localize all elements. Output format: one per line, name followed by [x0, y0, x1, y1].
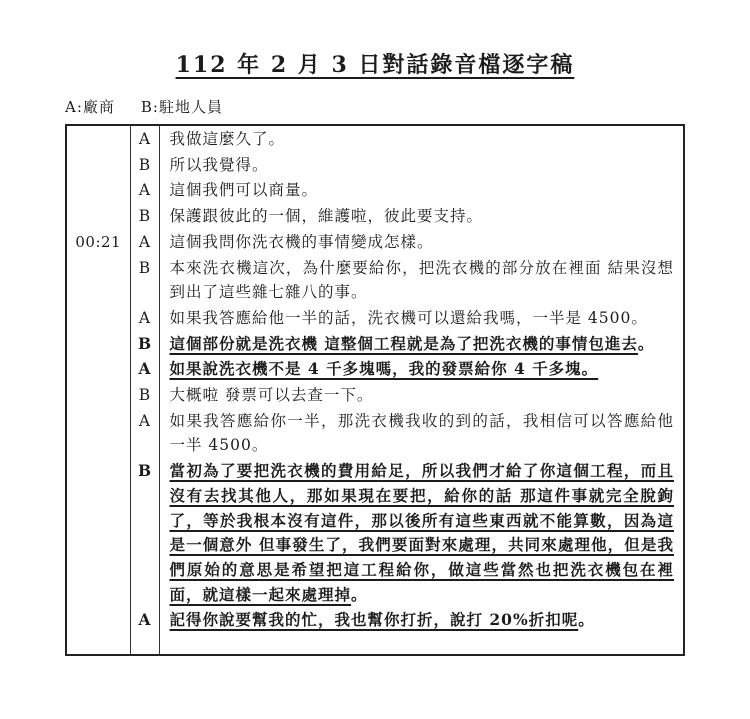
speaker-cell: A: [130, 356, 159, 382]
timestamp-cell: [66, 125, 130, 152]
table-row: B 當初為了要把洗衣機的費用給足，所以我們才給了你這個工程，而且沒有去找其他人，…: [66, 458, 684, 607]
speaker-cell: A: [130, 408, 159, 458]
table-row: A 如果我答應給你一半，那洗衣機我收的到的話，我相信可以答應給他一半 4500。: [66, 408, 684, 458]
speaker-cell: B: [130, 382, 159, 408]
table-row: A 我做這麼久了。: [66, 125, 684, 152]
dialogue-cell: 我做這麼久了。: [159, 125, 684, 152]
timestamp-cell: [66, 331, 130, 357]
timestamp: 00:21: [75, 233, 121, 251]
speaker-label: B: [139, 207, 150, 225]
table-row: A 這個我們可以商量。: [66, 177, 684, 203]
speaker-cell: A: [130, 177, 159, 203]
speaker-label: A: [138, 610, 150, 629]
speaker-cell: A: [130, 229, 159, 255]
dialogue-tail: 。: [578, 610, 595, 629]
speaker-label: B: [139, 156, 150, 174]
speaker-label: A: [139, 412, 150, 430]
speaker-cell: B: [130, 203, 159, 229]
table-row: A 如果說洗衣機不是 4 千多塊嗎，我的發票給你 4 千多塊。: [66, 356, 684, 382]
speaker-label: A: [138, 359, 150, 378]
dialogue-tail: 。: [351, 585, 368, 604]
table-bottom-spacer: [66, 633, 684, 655]
timestamp-cell: [66, 458, 130, 607]
dialogue-cell: 如果說洗衣機不是 4 千多塊嗎，我的發票給你 4 千多塊。: [159, 356, 684, 382]
table-row: 00:21 A 這個我問你洗衣機的事情變成怎樣。: [66, 229, 684, 255]
dialogue-tail: 。: [638, 334, 655, 353]
dialogue-cell: 本來洗衣機這次，為什麼要給你，把洗衣機的部分放在裡面 結果沒想到出了這些雜七雜八…: [159, 255, 684, 305]
dialogue-cell: 大概啦 發票可以去查一下。: [159, 382, 684, 408]
dialogue-cell: 保護跟彼此的一個，維護啦，彼此要支持。: [159, 203, 684, 229]
dialogue-text: 如果說洗衣機不是 4 千多塊嗎，我的發票給你 4 千多塊。: [170, 359, 599, 378]
speaker-label: B: [138, 461, 151, 480]
speaker-legend: A:廠商B:駐地人員: [65, 96, 685, 117]
speaker-cell: B: [130, 331, 159, 357]
document-page: 112 年 2 月 3 日對話錄音檔逐字稿 A:廠商B:駐地人員 A 我做這麼久…: [0, 0, 750, 719]
transcript-table: A 我做這麼久了。 B 所以我覺得。 A 這個我們可以商量。: [65, 124, 685, 656]
page-title: 112 年 2 月 3 日對話錄音檔逐字稿: [0, 0, 750, 79]
legend-speaker-a: A:廠商: [65, 98, 115, 116]
table-row: B 保護跟彼此的一個，維護啦，彼此要支持。: [66, 203, 684, 229]
speaker-label: B: [138, 334, 151, 353]
table-row: A 記得你說要幫我的忙，我也幫你打折，說打 20%折扣呢。: [66, 607, 684, 633]
dialogue-text: 如果我答應給他一半的話，洗衣機可以還給我嗎，一半是 4500。: [170, 309, 648, 327]
speaker-cell: B: [130, 152, 159, 178]
dialogue-cell: 這個我們可以商量。: [159, 177, 684, 203]
dialogue-text: 我做這麼久了。: [170, 130, 286, 148]
dialogue-text: 當初為了要把洗衣機的費用給足，所以我們才給了你這個工程，而且沒有去找其他人，那如…: [170, 461, 675, 604]
speaker-cell: A: [130, 305, 159, 331]
speaker-label: A: [139, 181, 150, 199]
timestamp-cell: [66, 305, 130, 331]
dialogue-text: 本來洗衣機這次，為什麼要給你，把洗衣機的部分放在裡面 結果沒想到出了這些雜七雜八…: [170, 259, 675, 302]
dialogue-text: 如果我答應給你一半，那洗衣機我收的到的話，我相信可以答應給他一半 4500。: [170, 412, 675, 455]
dialogue-text: 這個我們可以商量。: [170, 181, 319, 199]
speaker-label: A: [139, 130, 150, 148]
timestamp-cell: [66, 408, 130, 458]
dialogue-cell: 這個我問你洗衣機的事情變成怎樣。: [159, 229, 684, 255]
transcript-body: A 我做這麼久了。 B 所以我覺得。 A 這個我們可以商量。: [66, 125, 684, 655]
dialogue-cell: 如果我答應給你一半，那洗衣機我收的到的話，我相信可以答應給他一半 4500。: [159, 408, 684, 458]
speaker-label: A: [139, 309, 150, 327]
timestamp-cell: 00:21: [66, 229, 130, 255]
speaker-label: B: [139, 386, 150, 404]
table-row: B 本來洗衣機這次，為什麼要給你，把洗衣機的部分放在裡面 結果沒想到出了這些雜七…: [66, 255, 684, 305]
dialogue-cell: 所以我覺得。: [159, 152, 684, 178]
table-row: B 大概啦 發票可以去查一下。: [66, 382, 684, 408]
page-title-text: 112 年 2 月 3 日對話錄音檔逐字稿: [176, 52, 575, 78]
dialogue-text: 保護跟彼此的一個，維護啦，彼此要支持。: [170, 207, 484, 225]
timestamp-cell: [66, 607, 130, 633]
speaker-label: B: [139, 259, 150, 277]
table-row: A 如果我答應給他一半的話，洗衣機可以還給我嗎，一半是 4500。: [66, 305, 684, 331]
timestamp-cell: [66, 203, 130, 229]
timestamp-cell: [66, 152, 130, 178]
dialogue-text: 大概啦 發票可以去查一下。: [170, 386, 374, 404]
timestamp-cell: [66, 177, 130, 203]
dialogue-cell: 記得你說要幫我的忙，我也幫你打折，說打 20%折扣呢。: [159, 607, 684, 633]
dialogue-text: 這個我問你洗衣機的事情變成怎樣。: [170, 233, 434, 251]
speaker-cell: A: [130, 607, 159, 633]
timestamp-cell: [66, 255, 130, 305]
dialogue-cell: 如果我答應給他一半的話，洗衣機可以還給我嗎，一半是 4500。: [159, 305, 684, 331]
dialogue-text: 這個部份就是洗衣機 這整個工程就是為了把洗衣機的事情包進去: [170, 334, 638, 353]
table-row: B 這個部份就是洗衣機 這整個工程就是為了把洗衣機的事情包進去。: [66, 331, 684, 357]
speaker-cell: B: [130, 458, 159, 607]
speaker-cell: A: [130, 125, 159, 152]
dialogue-text: 所以我覺得。: [170, 156, 269, 174]
table-row: B 所以我覺得。: [66, 152, 684, 178]
dialogue-text: 記得你說要幫我的忙，我也幫你打折，說打 20%折扣呢: [170, 610, 579, 629]
legend-speaker-b: B:駐地人員: [141, 98, 223, 116]
timestamp-cell: [66, 382, 130, 408]
dialogue-cell: 這個部份就是洗衣機 這整個工程就是為了把洗衣機的事情包進去。: [159, 331, 684, 357]
speaker-cell: B: [130, 255, 159, 305]
dialogue-cell: 當初為了要把洗衣機的費用給足，所以我們才給了你這個工程，而且沒有去找其他人，那如…: [159, 458, 684, 607]
speaker-label: A: [139, 233, 150, 251]
timestamp-cell: [66, 356, 130, 382]
